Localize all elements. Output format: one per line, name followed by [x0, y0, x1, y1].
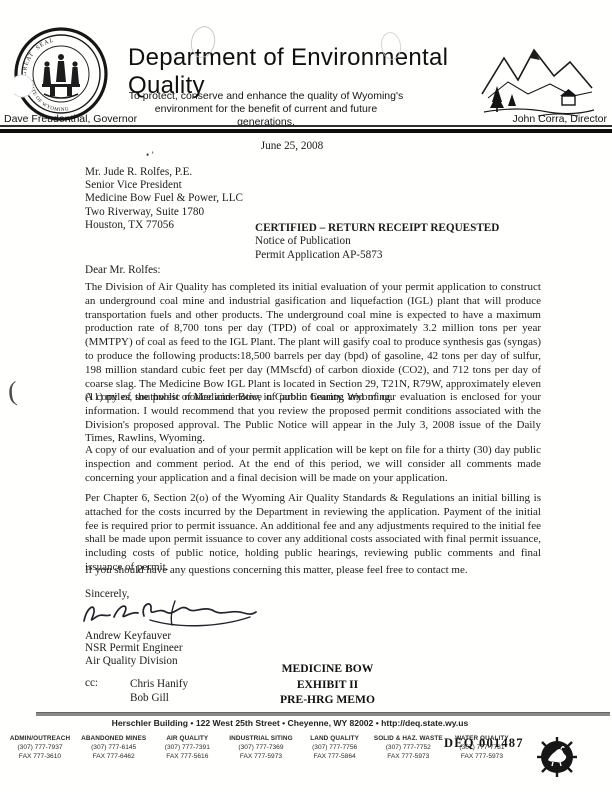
division-name: SOLID & HAZ. WASTE: [372, 735, 444, 742]
footer-rule: [36, 712, 610, 716]
footer-address-line: Herschler Building • 122 West 25th Stree…: [50, 718, 530, 728]
cc-label: cc:: [85, 677, 98, 689]
division-fax: FAX 777-5973: [372, 753, 444, 760]
paragraph-1: The Division of Air Quality has complete…: [85, 281, 541, 405]
division-name: ABANDONED MINES: [78, 735, 150, 742]
paragraph-2: A copy of the public notice and notice o…: [85, 391, 541, 446]
header-rule-thin: [0, 125, 612, 127]
footer-col-admin: ADMIN/OUTREACH (307) 777-7937 FAX 777-36…: [4, 735, 76, 760]
permit-application-number: Permit Application AP-5873: [255, 249, 499, 262]
salutation: Dear Mr. Rolfes:: [85, 264, 161, 276]
division-fax: FAX 777-5864: [299, 753, 371, 760]
footer-col-abandoned-mines: ABANDONED MINES (307) 777-6145 FAX 777-6…: [78, 735, 150, 760]
division-fax: FAX 777-5973: [446, 753, 518, 760]
department-tagline: To protect, conserve and enhance the qua…: [128, 90, 404, 129]
division-fax: FAX 777-3610: [4, 753, 76, 760]
letter-date: June 25, 2008: [0, 140, 584, 152]
exhibit-line: MEDICINE BOW: [215, 661, 440, 677]
signer-division: Air Quality Division: [85, 655, 183, 667]
division-phone: (307) 777-7756: [299, 744, 371, 751]
margin-paren-mark: (: [7, 376, 18, 408]
cc-names: Chris Hanify Bob Gill: [130, 677, 188, 705]
recipient-address-block: Mr. Jude R. Rolfes, P.E. Senior Vice Pre…: [85, 166, 243, 232]
signer-title: NSR Permit Engineer: [85, 642, 183, 654]
deq-document-stamp: DEQ 001487: [444, 736, 524, 751]
division-phone: (307) 777-6145: [78, 744, 150, 751]
director-name: John Corra, Director: [512, 113, 607, 125]
signer-block: Andrew Keyfauver NSR Permit Engineer Air…: [85, 630, 183, 667]
division-name: LAND QUALITY: [299, 735, 371, 742]
handwritten-signature-icon: [80, 597, 258, 633]
certified-block: CERTIFIED – RETURN RECEIPT REQUESTED Not…: [255, 222, 499, 262]
division-name: AIR QUALITY: [151, 735, 223, 742]
signer-name: Andrew Keyfauver: [85, 630, 183, 642]
cc-name: Chris Hanify: [130, 677, 188, 691]
recipient-line: Mr. Jude R. Rolfes, P.E.: [85, 166, 243, 179]
footer-division-columns: ADMIN/OUTREACH (307) 777-7937 FAX 777-36…: [4, 735, 518, 760]
footer-col-land-quality: LAND QUALITY (307) 777-7756 FAX 777-5864: [299, 735, 371, 760]
tagline-line1: To protect, conserve and enhance the qua…: [128, 90, 404, 103]
governor-name: Dave Freudenthal, Governor: [4, 113, 137, 125]
letter-scan-page: GREAT SEAL STATE OF WYOMING Department o…: [0, 0, 612, 792]
division-fax: FAX 777-5973: [225, 753, 297, 760]
exhibit-stamp-block: MEDICINE BOW EXHIBIT II PRE-HRG MEMO: [215, 661, 440, 708]
division-phone: (307) 777-7369: [225, 744, 297, 751]
wyoming-great-seal-icon: GREAT SEAL STATE OF WYOMING: [14, 24, 108, 124]
mountain-landscape-sketch-icon: [478, 36, 598, 120]
header-rule-thick: [0, 129, 612, 133]
division-fax: FAX 777-5616: [151, 753, 223, 760]
paragraph-3: A copy of our evaluation and of your per…: [85, 444, 541, 485]
certified-heading: CERTIFIED – RETURN RECEIPT REQUESTED: [255, 222, 499, 235]
footer-col-solid-haz-waste: SOLID & HAZ. WASTE (307) 777-7752 FAX 77…: [372, 735, 444, 760]
recipient-line: Senior Vice President: [85, 179, 243, 192]
division-phone: (307) 777-7391: [151, 744, 223, 751]
notice-of-publication: Notice of Publication: [255, 235, 499, 248]
division-fax: FAX 777-6462: [78, 753, 150, 760]
division-phone: (307) 777-7937: [4, 744, 76, 751]
paragraph-4: Per Chapter 6, Section 2(o) of the Wyomi…: [85, 492, 541, 575]
footer-col-industrial-siting: INDUSTRIAL SITING (307) 777-7369 FAX 777…: [225, 735, 297, 760]
paragraph-5: If you should have any questions concern…: [85, 564, 541, 578]
exhibit-line: PRE-HRG MEMO: [215, 692, 440, 708]
cc-name: Bob Gill: [130, 691, 188, 705]
recipient-line: Houston, TX 77056: [85, 219, 243, 232]
division-name: ADMIN/OUTREACH: [4, 735, 76, 742]
footer-col-air-quality: AIR QUALITY (307) 777-7391 FAX 777-5616: [151, 735, 223, 760]
recipient-line: Two Riverway, Suite 1780: [85, 206, 243, 219]
recipient-line: Medicine Bow Fuel & Power, LLC: [85, 192, 243, 205]
bucking-horse-emblem-icon: [536, 736, 578, 778]
exhibit-line: EXHIBIT II: [215, 677, 440, 693]
division-phone: (307) 777-7752: [372, 744, 444, 751]
division-name: INDUSTRIAL SITING: [225, 735, 297, 742]
